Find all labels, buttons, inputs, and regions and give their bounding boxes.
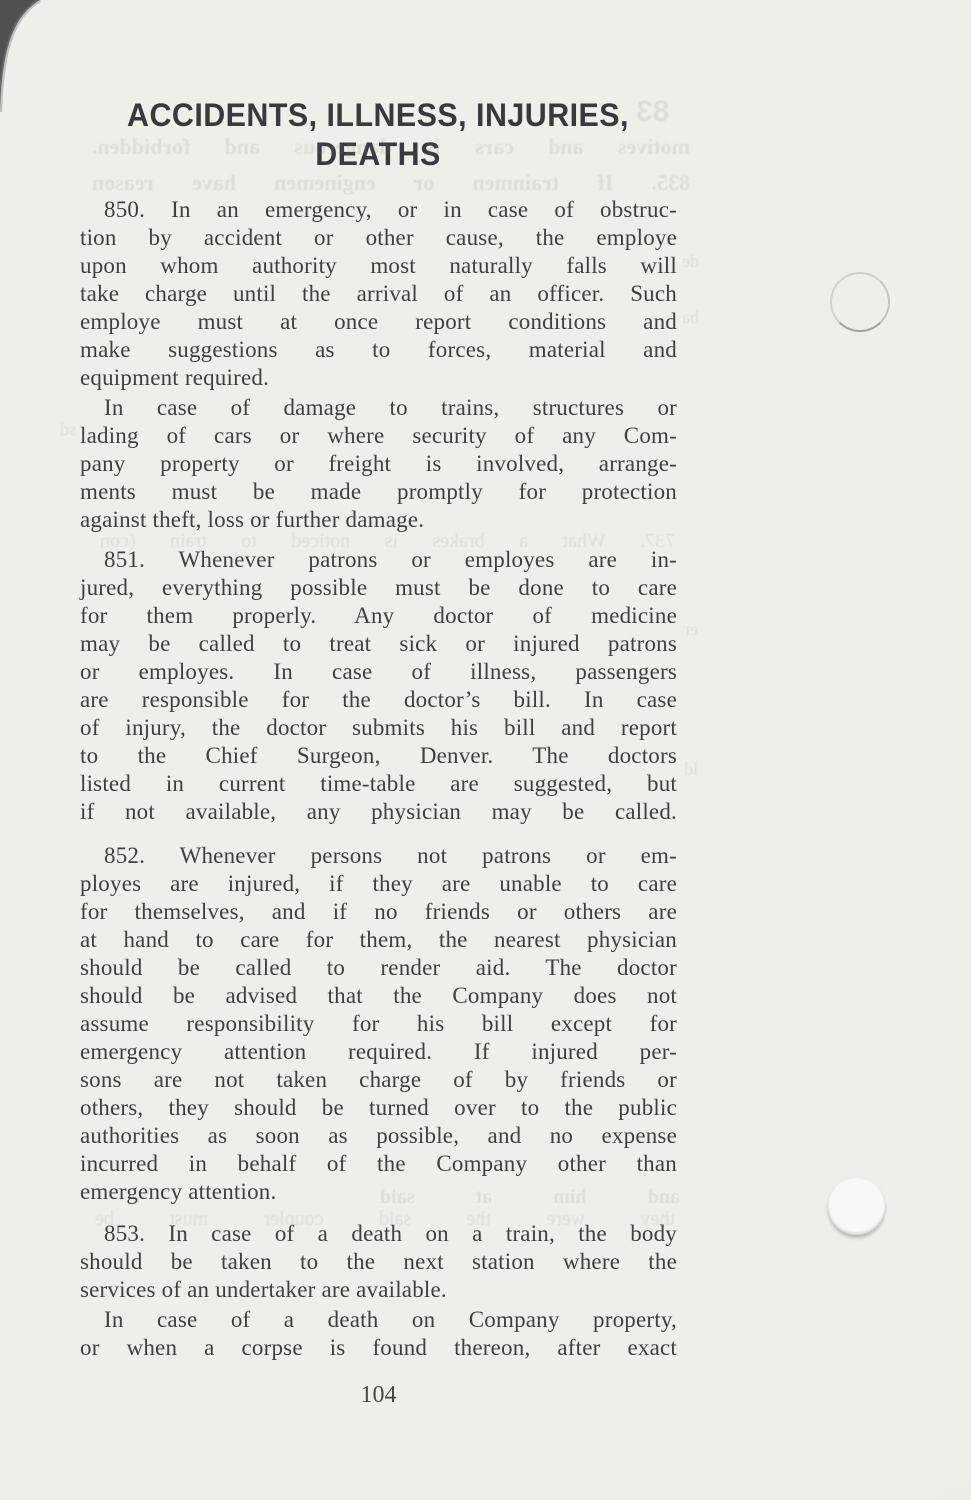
text-line: In case of damage to trains, structures … — [80, 394, 677, 422]
punch-hole-bottom — [828, 1178, 885, 1235]
scanned-book-page: ACCIDENTS, ILLNESS, INJURIES, DEATHS 83m… — [0, 0, 971, 1500]
text-line: of injury, the doctor submits his bill a… — [80, 714, 677, 742]
text-line: 850. In an emergency, or in case of obst… — [80, 196, 677, 224]
paragraph: 851. Whenever patrons or employes are in… — [80, 546, 677, 826]
bleedthrough-text: er — [684, 620, 698, 640]
bleedthrough-text: sd — [60, 420, 76, 440]
text-line: if not available, any physician may be c… — [80, 798, 677, 826]
text-line: or employes. In case of illness, passeng… — [80, 658, 677, 686]
text-line: emergency attention. — [80, 1178, 677, 1206]
paragraph: In case of a death on Company property,o… — [80, 1306, 677, 1362]
text-line: equipment required. — [80, 364, 677, 392]
text-line: should be advised that the Company does … — [80, 982, 677, 1010]
text-line: or when a corpse is found thereon, after… — [80, 1334, 677, 1362]
section-heading: ACCIDENTS, ILLNESS, INJURIES, DEATHS — [93, 96, 663, 174]
bleedthrough-text: 835. If trainmen or enginemen have reaso… — [92, 171, 690, 195]
punch-hole-top — [830, 272, 890, 332]
text-line: against theft, loss or further damage. — [80, 506, 677, 534]
paragraph: In case of damage to trains, structures … — [80, 394, 677, 534]
text-line: emergency attention required. If injured… — [80, 1038, 677, 1066]
page-corner-curl — [0, 0, 64, 140]
text-line: take charge until the arrival of an offi… — [80, 280, 677, 308]
text-line: to the Chief Surgeon, Denver. The doctor… — [80, 742, 677, 770]
page-number: 104 — [80, 1382, 677, 1409]
text-line: ments must be made promptly for protecti… — [80, 478, 677, 506]
text-line: jured, everything possible must be done … — [80, 574, 677, 602]
text-line: lading of cars or where security of any … — [80, 422, 677, 450]
text-line: 852. Whenever persons not patrons or em- — [80, 842, 677, 870]
text-line: tion by accident or other cause, the emp… — [80, 224, 677, 252]
text-line: at hand to care for them, the nearest ph… — [80, 926, 677, 954]
paragraph: 850. In an emergency, or in case of obst… — [80, 196, 677, 392]
text-line: pany property or freight is involved, ar… — [80, 450, 677, 478]
text-line: services of an undertaker are available. — [80, 1276, 677, 1304]
bleedthrough-text: ba — [682, 308, 699, 328]
text-line: upon whom authority most naturally falls… — [80, 252, 677, 280]
bleedthrough-text: ld — [684, 760, 698, 780]
text-line: ployes are injured, if they are unable t… — [80, 870, 677, 898]
text-line: for themselves, and if no friends or oth… — [80, 898, 677, 926]
text-line: others, they should be turned over to th… — [80, 1094, 677, 1122]
paragraph: 852. Whenever persons not patrons or em-… — [80, 842, 677, 1206]
body-text: 850. In an emergency, or in case of obst… — [80, 196, 677, 1362]
text-line: In case of a death on Company property, — [80, 1306, 677, 1334]
text-line: 853. In case of a death on a train, the … — [80, 1220, 677, 1248]
section-heading-line2: DEATHS — [93, 135, 663, 174]
text-line: should be called to render aid. The doct… — [80, 954, 677, 982]
text-line: may be called to treat sick or injured p… — [80, 630, 677, 658]
text-line: sons are not taken charge of by friends … — [80, 1066, 677, 1094]
text-line: make suggestions as to forces, material … — [80, 336, 677, 364]
text-line: are responsible for the doctor’s bill. I… — [80, 686, 677, 714]
section-heading-line1: ACCIDENTS, ILLNESS, INJURIES, — [93, 96, 663, 135]
text-line: authorities as soon as possible, and no … — [80, 1122, 677, 1150]
paragraph: 853. In case of a death on a train, the … — [80, 1220, 677, 1304]
text-line: listed in current time-table are suggest… — [80, 770, 677, 798]
text-line: employe must at once report conditions a… — [80, 308, 677, 336]
text-line: should be taken to the next station wher… — [80, 1248, 677, 1276]
text-line: assume responsibility for his bill excep… — [80, 1010, 677, 1038]
text-line: for them properly. Any doctor of medicin… — [80, 602, 677, 630]
text-line: incurred in behalf of the Company other … — [80, 1150, 677, 1178]
bleedthrough-text: de — [682, 252, 699, 272]
text-line: 851. Whenever patrons or employes are in… — [80, 546, 677, 574]
